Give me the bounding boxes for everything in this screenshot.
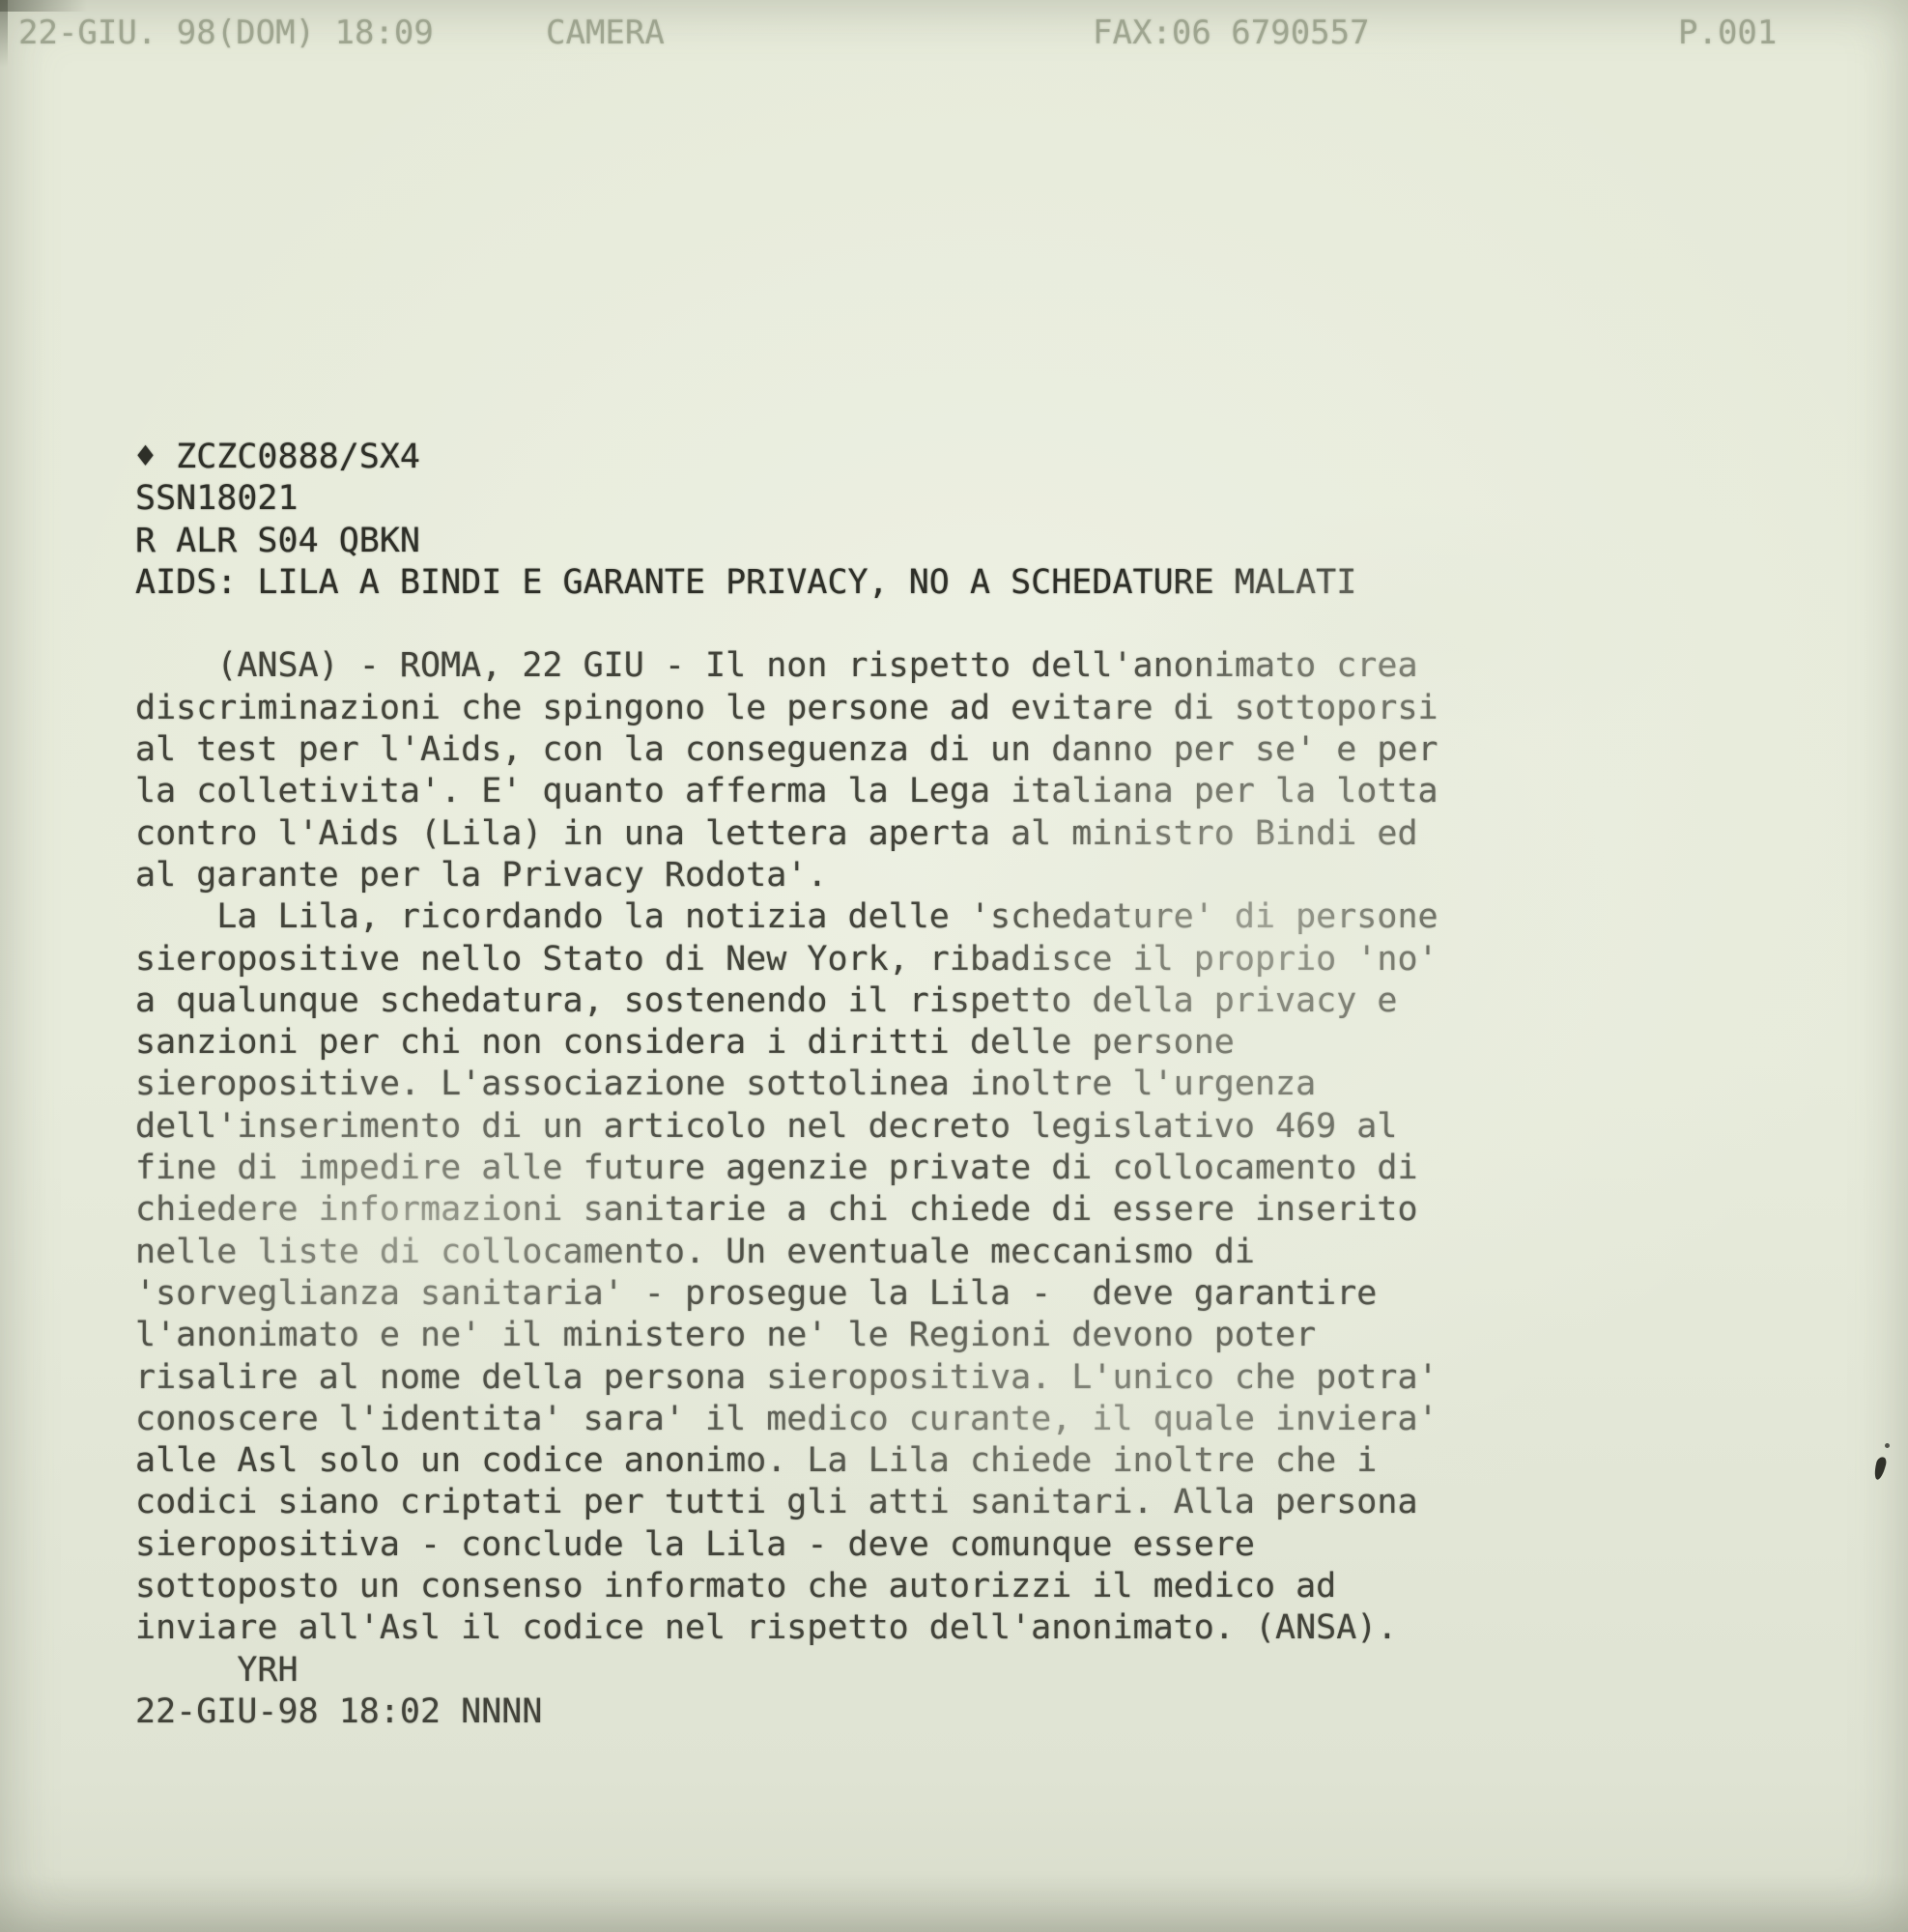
document-line: sieropositive nello Stato di New York, r… (135, 939, 1681, 980)
document-line: conoscere l'identita' sara' il medico cu… (135, 1399, 1681, 1440)
document-line: inviare all'Asl il codice nel rispetto d… (135, 1607, 1681, 1649)
fax-datetime: 22-GIU. 98(DOM) 18:09 (18, 14, 434, 52)
document-line: discriminazioni che spingono le persone … (135, 688, 1681, 729)
scan-edge-shadow (0, 0, 87, 12)
scan-edge-shadow (0, 1874, 1908, 1932)
document-line: a qualunque schedatura, sostenendo il ri… (135, 980, 1681, 1022)
document-line: risalire al nome della persona sieroposi… (135, 1357, 1681, 1399)
document-line: 'sorveglianza sanitaria' - prosegue la L… (135, 1273, 1681, 1315)
document-line: sieropositive. L'associazione sottolinea… (135, 1064, 1681, 1105)
document-line: (ANSA) - ROMA, 22 GIU - Il non rispetto … (135, 645, 1681, 687)
document-line: al test per l'Aids, con la conseguenza d… (135, 729, 1681, 771)
ink-smudge-mark (1872, 1456, 1888, 1481)
fax-number: FAX:06 6790557 (1093, 14, 1370, 52)
document-line: sottoposto un consenso informato che aut… (135, 1566, 1681, 1607)
document-line: AIDS: LILA A BINDI E GARANTE PRIVACY, NO… (135, 562, 1681, 604)
fax-transmission-header: 22-GIU. 98(DOM) 18:09 CAMERA FAX:06 6790… (0, 14, 1908, 52)
document-line (135, 604, 1681, 645)
document-line: l'anonimato e ne' il ministero ne' le Re… (135, 1315, 1681, 1356)
document-line: ♦ ZCZC0888/SX4 (135, 437, 1681, 478)
document-line: YRH (135, 1650, 1681, 1691)
document-line: fine di impedire alle future agenzie pri… (135, 1148, 1681, 1189)
document-line: sanzioni per chi non considera i diritti… (135, 1022, 1681, 1064)
document-line: la colletivita'. E' quanto afferma la Le… (135, 771, 1681, 812)
document-line: nelle liste di collocamento. Un eventual… (135, 1232, 1681, 1273)
scan-edge-shadow (0, 0, 8, 68)
fax-sender: CAMERA (546, 14, 665, 52)
document-line: SSN18021 (135, 478, 1681, 520)
document-line: alle Asl solo un codice anonimo. La Lila… (135, 1440, 1681, 1482)
document-line: 22-GIU-98 18:02 NNNN (135, 1691, 1681, 1733)
document-line: La Lila, ricordando la notizia delle 'sc… (135, 896, 1681, 938)
scanned-fax-page: 22-GIU. 98(DOM) 18:09 CAMERA FAX:06 6790… (0, 0, 1908, 1932)
document-line: codici siano criptati per tutti gli atti… (135, 1482, 1681, 1523)
document-line: contro l'Aids (Lila) in una lettera aper… (135, 813, 1681, 855)
ink-dot-mark (1885, 1443, 1890, 1448)
fax-page-number: P.001 (1678, 14, 1777, 52)
document-line: R ALR S04 QBKN (135, 521, 1681, 562)
document-line: chiedere informazioni sanitarie a chi ch… (135, 1189, 1681, 1231)
document-line: sieropositiva - conclude la Lila - deve … (135, 1524, 1681, 1566)
document-line: al garante per la Privacy Rodota'. (135, 855, 1681, 896)
document-line: dell'inserimento di un articolo nel decr… (135, 1106, 1681, 1148)
wire-story-body: ♦ ZCZC0888/SX4SSN18021R ALR S04 QBKNAIDS… (135, 437, 1681, 1733)
